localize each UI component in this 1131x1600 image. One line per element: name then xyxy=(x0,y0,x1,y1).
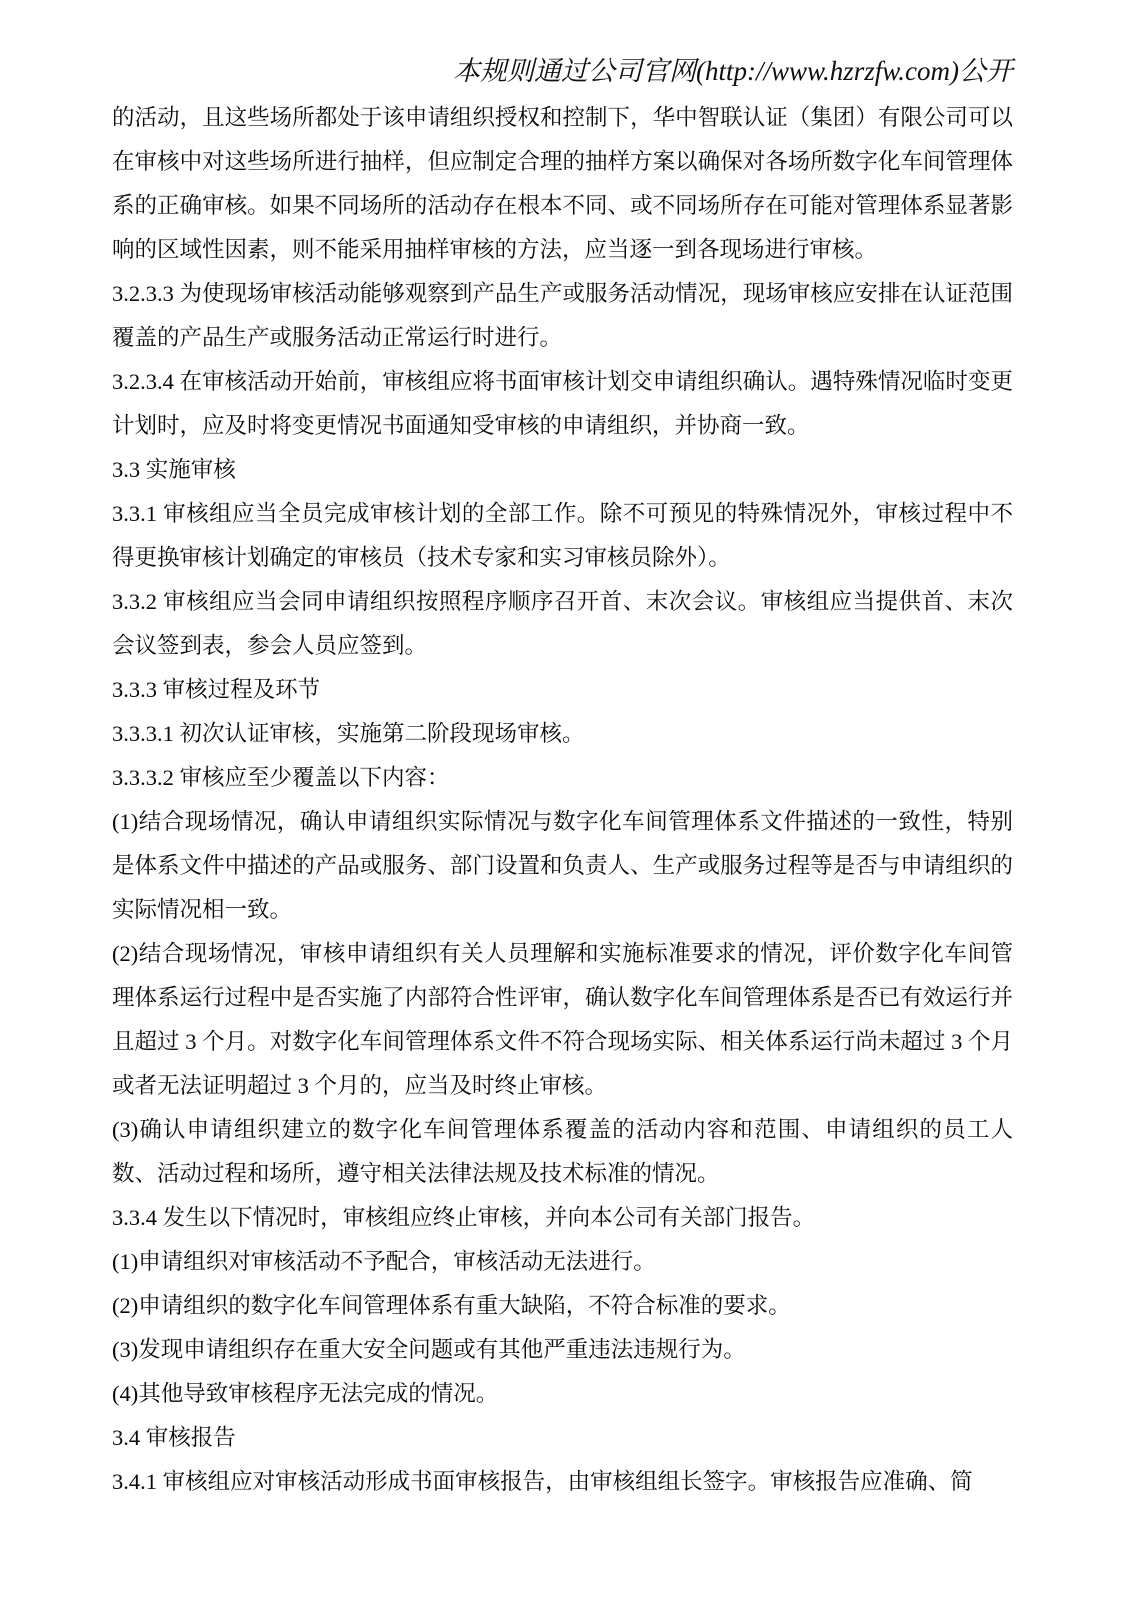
paragraph-3-3-1: 3.3.1 审核组应当全员完成审核计划的全部工作。除不可预见的特殊情况外，审核过… xyxy=(112,492,1013,580)
heading-3-3: 3.3 实施审核 xyxy=(112,448,1013,492)
page-header-note: 本规则通过公司官网(http://www.hzrzfw.com)公开 xyxy=(112,55,1013,87)
document-body: 的活动，且这些场所都处于该申请组织授权和控制下，华中智联认证（集团）有限公司可以… xyxy=(112,96,1013,1504)
heading-3-4: 3.4 审核报告 xyxy=(112,1416,1013,1460)
list-item-3: (3)确认申请组织建立的数字化车间管理体系覆盖的活动内容和范围、申请组织的员工人… xyxy=(112,1108,1013,1196)
paragraph-3-4-1: 3.4.1 审核组应对审核活动形成书面审核报告，由审核组组长签字。审核报告应准确… xyxy=(112,1460,1013,1504)
list-item-termination-4: (4)其他导致审核程序无法完成的情况。 xyxy=(112,1372,1013,1416)
paragraph-3-3-3-2: 3.3.3.2 审核应至少覆盖以下内容： xyxy=(112,756,1013,800)
paragraph-3-2-3-4: 3.2.3.4 在审核活动开始前，审核组应将书面审核计划交申请组织确认。遇特殊情… xyxy=(112,360,1013,448)
paragraph-3-3-4: 3.3.4 发生以下情况时，审核组应终止审核，并向本公司有关部门报告。 xyxy=(112,1196,1013,1240)
paragraph-continuation: 的活动，且这些场所都处于该申请组织授权和控制下，华中智联认证（集团）有限公司可以… xyxy=(112,96,1013,272)
list-item-termination-2: (2)申请组织的数字化车间管理体系有重大缺陷，不符合标准的要求。 xyxy=(112,1284,1013,1328)
list-item-termination-1: (1)申请组织对审核活动不予配合，审核活动无法进行。 xyxy=(112,1240,1013,1284)
paragraph-3-2-3-3: 3.2.3.3 为使现场审核活动能够观察到产品生产或服务活动情况，现场审核应安排… xyxy=(112,272,1013,360)
document-page: 本规则通过公司官网(http://www.hzrzfw.com)公开 的活动，且… xyxy=(0,0,1131,1600)
heading-3-3-3: 3.3.3 审核过程及环节 xyxy=(112,668,1013,712)
paragraph-3-3-2: 3.3.2 审核组应当会同申请组织按照程序顺序召开首、末次会议。审核组应当提供首… xyxy=(112,580,1013,668)
list-item-termination-3: (3)发现申请组织存在重大安全问题或有其他严重违法违规行为。 xyxy=(112,1328,1013,1372)
list-item-1: (1)结合现场情况，确认申请组织实际情况与数字化车间管理体系文件描述的一致性，特… xyxy=(112,800,1013,932)
list-item-2: (2)结合现场情况，审核申请组织有关人员理解和实施标准要求的情况，评价数字化车间… xyxy=(112,932,1013,1108)
paragraph-3-3-3-1: 3.3.3.1 初次认证审核，实施第二阶段现场审核。 xyxy=(112,712,1013,756)
